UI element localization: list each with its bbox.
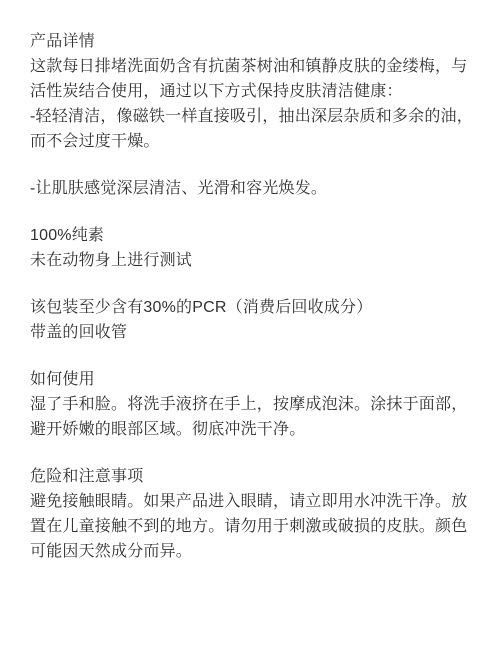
heading-hazards: 危险和注意事项 (30, 464, 474, 489)
text-line: 避免接触眼睛。如果产品进入眼睛，请立即用水冲洗干净。放 (30, 489, 474, 514)
text-line: 该包装至少含有30%的PCR（消费后回收成分） (30, 295, 474, 320)
section-how-to-use: 如何使用 湿了手和脸。将洗手液挤在手上，按摩成泡沫。涂抹于面部， 避开娇嫩的眼部… (30, 367, 474, 442)
section-packaging: 该包装至少含有30%的PCR（消费后回收成分） 带盖的回收管 (30, 295, 474, 345)
text-line: 带盖的回收管 (30, 320, 474, 345)
text-line: -让肌肤感觉深层清洁、光滑和容光焕发。 (30, 176, 474, 201)
section-vegan: 100%纯素 未在动物身上进行测试 (30, 223, 474, 273)
text-line: 湿了手和脸。将洗手液挤在手上，按摩成泡沫。涂抹于面部， (30, 392, 474, 417)
text-line: 100%纯素 (30, 223, 474, 248)
text-line: 置在儿童接触不到的地方。请勿用于刺激或破损的皮肤。颜色 (30, 514, 474, 539)
section-benefit: -让肌肤感觉深层清洁、光滑和容光焕发。 (30, 176, 474, 201)
product-description-page: 产品详情 这款每日排堵洗面奶含有抗菌茶树油和镇静皮肤的金缕梅，与 活性炭结合使用… (0, 0, 500, 564)
text-line: 避开娇嫩的眼部区域。彻底冲洗干净。 (30, 417, 474, 442)
heading-product-details: 产品详情 (30, 29, 474, 54)
text-line: 这款每日排堵洗面奶含有抗菌茶树油和镇静皮肤的金缕梅，与 (30, 54, 474, 79)
text-line: -轻轻清洁，像磁铁一样直接吸引，抽出深层杂质和多余的油， (30, 104, 474, 129)
text-line: 活性炭结合使用，通过以下方式保持皮肤清洁健康： (30, 79, 474, 104)
section-hazards: 危险和注意事项 避免接触眼睛。如果产品进入眼睛，请立即用水冲洗干净。放 置在儿童… (30, 464, 474, 564)
text-line: 而不会过度干燥。 (30, 129, 474, 154)
heading-how-to-use: 如何使用 (30, 367, 474, 392)
text-line: 未在动物身上进行测试 (30, 248, 474, 273)
text-line: 可能因天然成分而异。 (30, 539, 474, 564)
section-product-details: 产品详情 这款每日排堵洗面奶含有抗菌茶树油和镇静皮肤的金缕梅，与 活性炭结合使用… (30, 29, 474, 154)
